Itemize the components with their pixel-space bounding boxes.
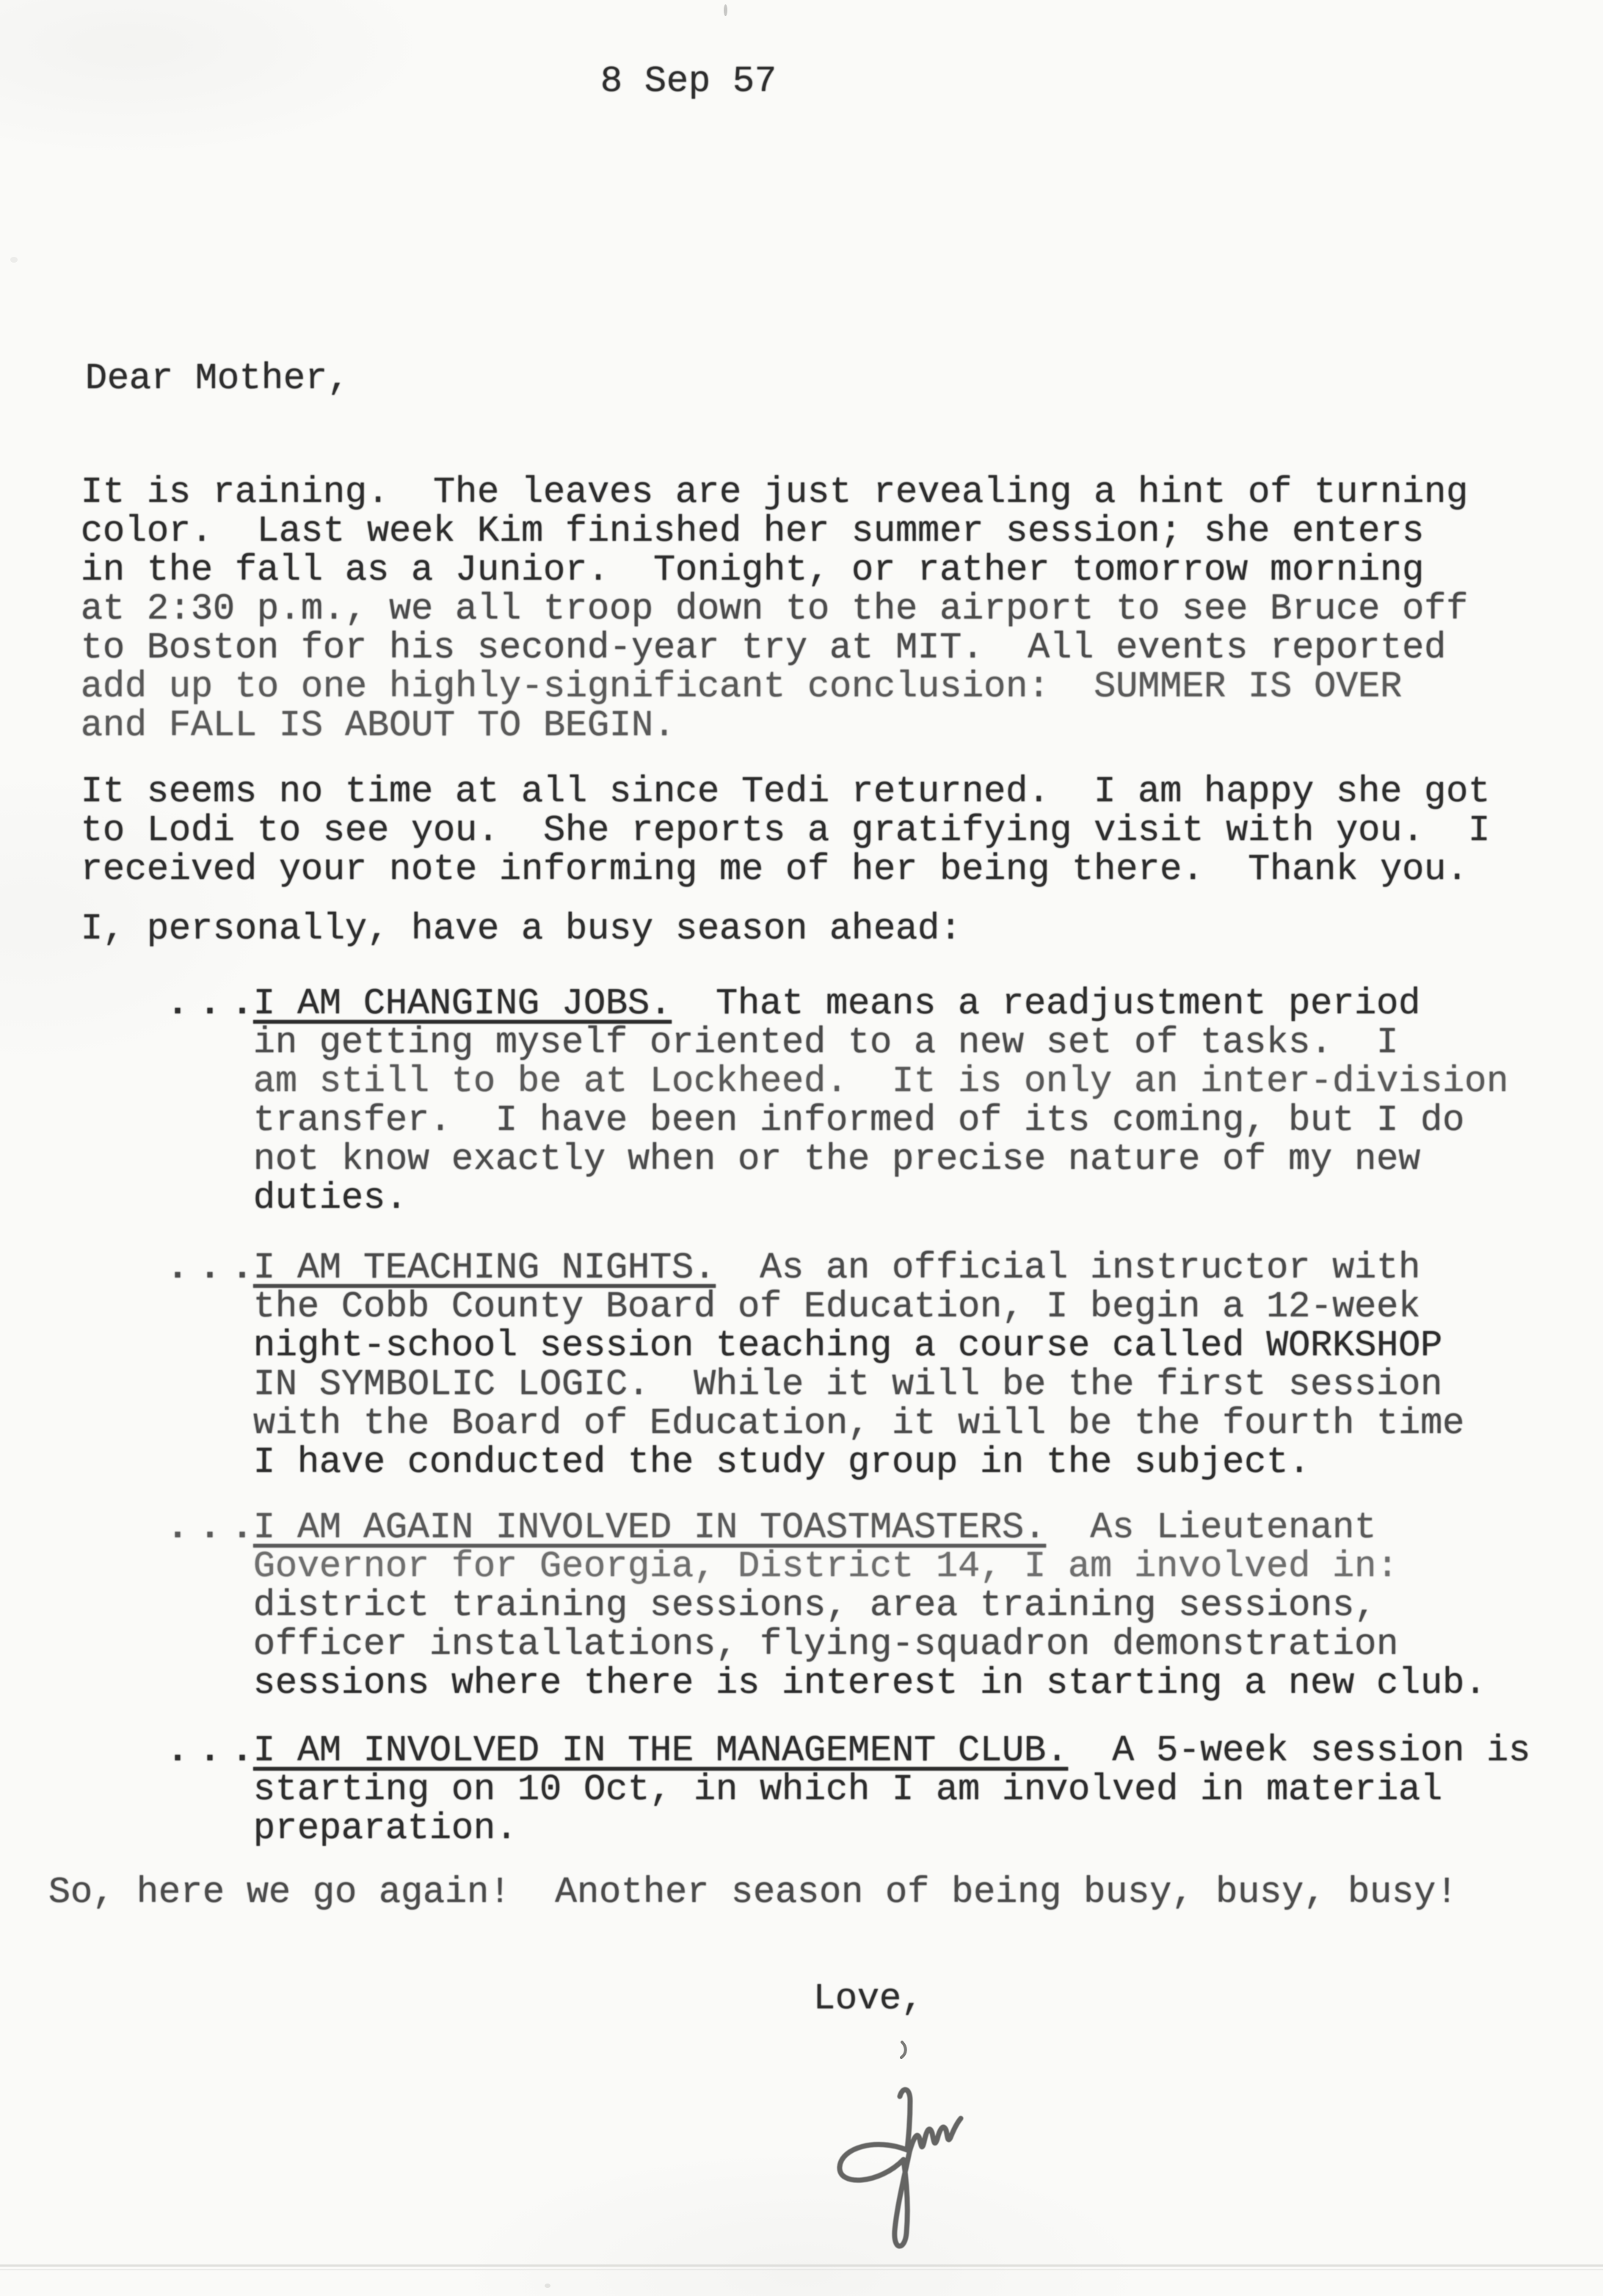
pen-mark [898,2040,912,2060]
bullet-line: in getting myself oriented to a new set … [253,1024,1508,1063]
paragraph-2: It seems no time at all since Tedi retur… [81,773,1490,889]
signoff: Love, [813,1980,923,2019]
bullet-first-line: ...I AM CHANGING JOBS. That means a read… [253,985,1508,1024]
bullet-line: not know exactly when or the precise nat… [253,1140,1508,1179]
letter-date: 8 Sep 57 [600,62,777,101]
bullet-marker: ... [167,1732,263,1771]
bullet-marker: ... [167,1249,263,1288]
paragraph-line: color. Last week Kim finished her summer… [81,512,1468,551]
bullet-line: am still to be at Lockheed. It is only a… [253,1063,1508,1101]
signature-scrawl [835,2080,978,2260]
paragraph-line: It is raining. The leaves are just revea… [81,473,1468,512]
letter-page: 8 Sep 57 Dear Mother, It is raining. The… [0,0,1603,2296]
bullet-heading: I AM INVOLVED IN THE MANAGEMENT CLUB. [253,1730,1068,1772]
bullet-line: district training sessions, area trainin… [253,1586,1486,1625]
bullet-first-line: ...I AM TEACHING NIGHTS. As an official … [253,1249,1464,1288]
salutation: Dear Mother, [85,360,349,398]
bullet-line: officer installations, flying-squadron d… [253,1625,1486,1664]
bullet-first-line: ...I AM AGAIN INVOLVED IN TOASTMASTERS. … [253,1509,1486,1548]
bullet-marker: ... [167,985,263,1024]
ink-speck [545,2284,550,2288]
paragraph-line: add up to one highly-significant conclus… [81,668,1468,707]
bullet-first-line: ...I AM INVOLVED IN THE MANAGEMENT CLUB.… [253,1732,1530,1771]
bullet-line: IN SYMBOLIC LOGIC. While it will be the … [253,1366,1464,1404]
paragraph-line: It seems no time at all since Tedi retur… [81,773,1490,812]
scan-artifact-line [0,2269,1603,2270]
bullet-line: with the Board of Education, it will be … [253,1404,1464,1443]
bullet-item-toastmasters: ...I AM AGAIN INVOLVED IN TOASTMASTERS. … [253,1509,1486,1703]
bullet-line: duties. [253,1179,1508,1218]
bullet-item-teaching-nights: ...I AM TEACHING NIGHTS. As an official … [253,1249,1464,1482]
paragraph-line: at 2:30 p.m., we all troop down to the a… [81,590,1468,629]
bullet-line: starting on 10 Oct, in which I am involv… [253,1771,1530,1810]
bullet-item-changing-jobs: ...I AM CHANGING JOBS. That means a read… [253,985,1508,1218]
bullet-heading-rest: A 5-week session is [1068,1730,1530,1772]
bullet-line: I have conducted the study group in the … [253,1443,1464,1482]
paragraph-line: received your note informing me of her b… [81,850,1490,889]
paragraph-line: in the fall as a Junior. Tonight, or rat… [81,551,1468,590]
paragraph-line: and FALL IS ABOUT TO BEGIN. [81,707,1468,746]
bullet-line: transfer. I have been informed of its co… [253,1101,1508,1140]
bullet-line: Governor for Georgia, District 14, I am … [253,1548,1486,1586]
bullet-line: night-school session teaching a course c… [253,1327,1464,1366]
bullet-heading-rest: As Lieutenant [1046,1507,1376,1549]
intro-line: I, personally, have a busy season ahead: [81,910,962,949]
ink-speck [10,257,18,263]
bullet-line: preparation. [253,1810,1530,1848]
paragraph-line: to Boston for his second-year try at MIT… [81,629,1468,668]
bullet-marker: ... [167,1509,263,1548]
paragraph-1: It is raining. The leaves are just revea… [81,473,1468,746]
bullet-heading-rest: That means a readjustment period [672,983,1420,1025]
ink-speck [724,4,727,16]
bullet-heading: I AM TEACHING NIGHTS. [253,1247,716,1289]
bullet-heading: I AM CHANGING JOBS. [253,983,672,1025]
paragraph-line: to Lodi to see you. She reports a gratif… [81,812,1490,850]
bullet-item-management-club: ...I AM INVOLVED IN THE MANAGEMENT CLUB.… [253,1732,1530,1848]
bullet-line: sessions where there is interest in star… [253,1664,1486,1703]
closing-line: So, here we go again! Another season of … [48,1873,1458,1912]
scan-artifact-line [0,2264,1603,2267]
bullet-line: the Cobb County Board of Education, I be… [253,1288,1464,1327]
bullet-heading-rest: As an official instructor with [716,1247,1420,1289]
bullet-heading: I AM AGAIN INVOLVED IN TOASTMASTERS. [253,1507,1046,1549]
